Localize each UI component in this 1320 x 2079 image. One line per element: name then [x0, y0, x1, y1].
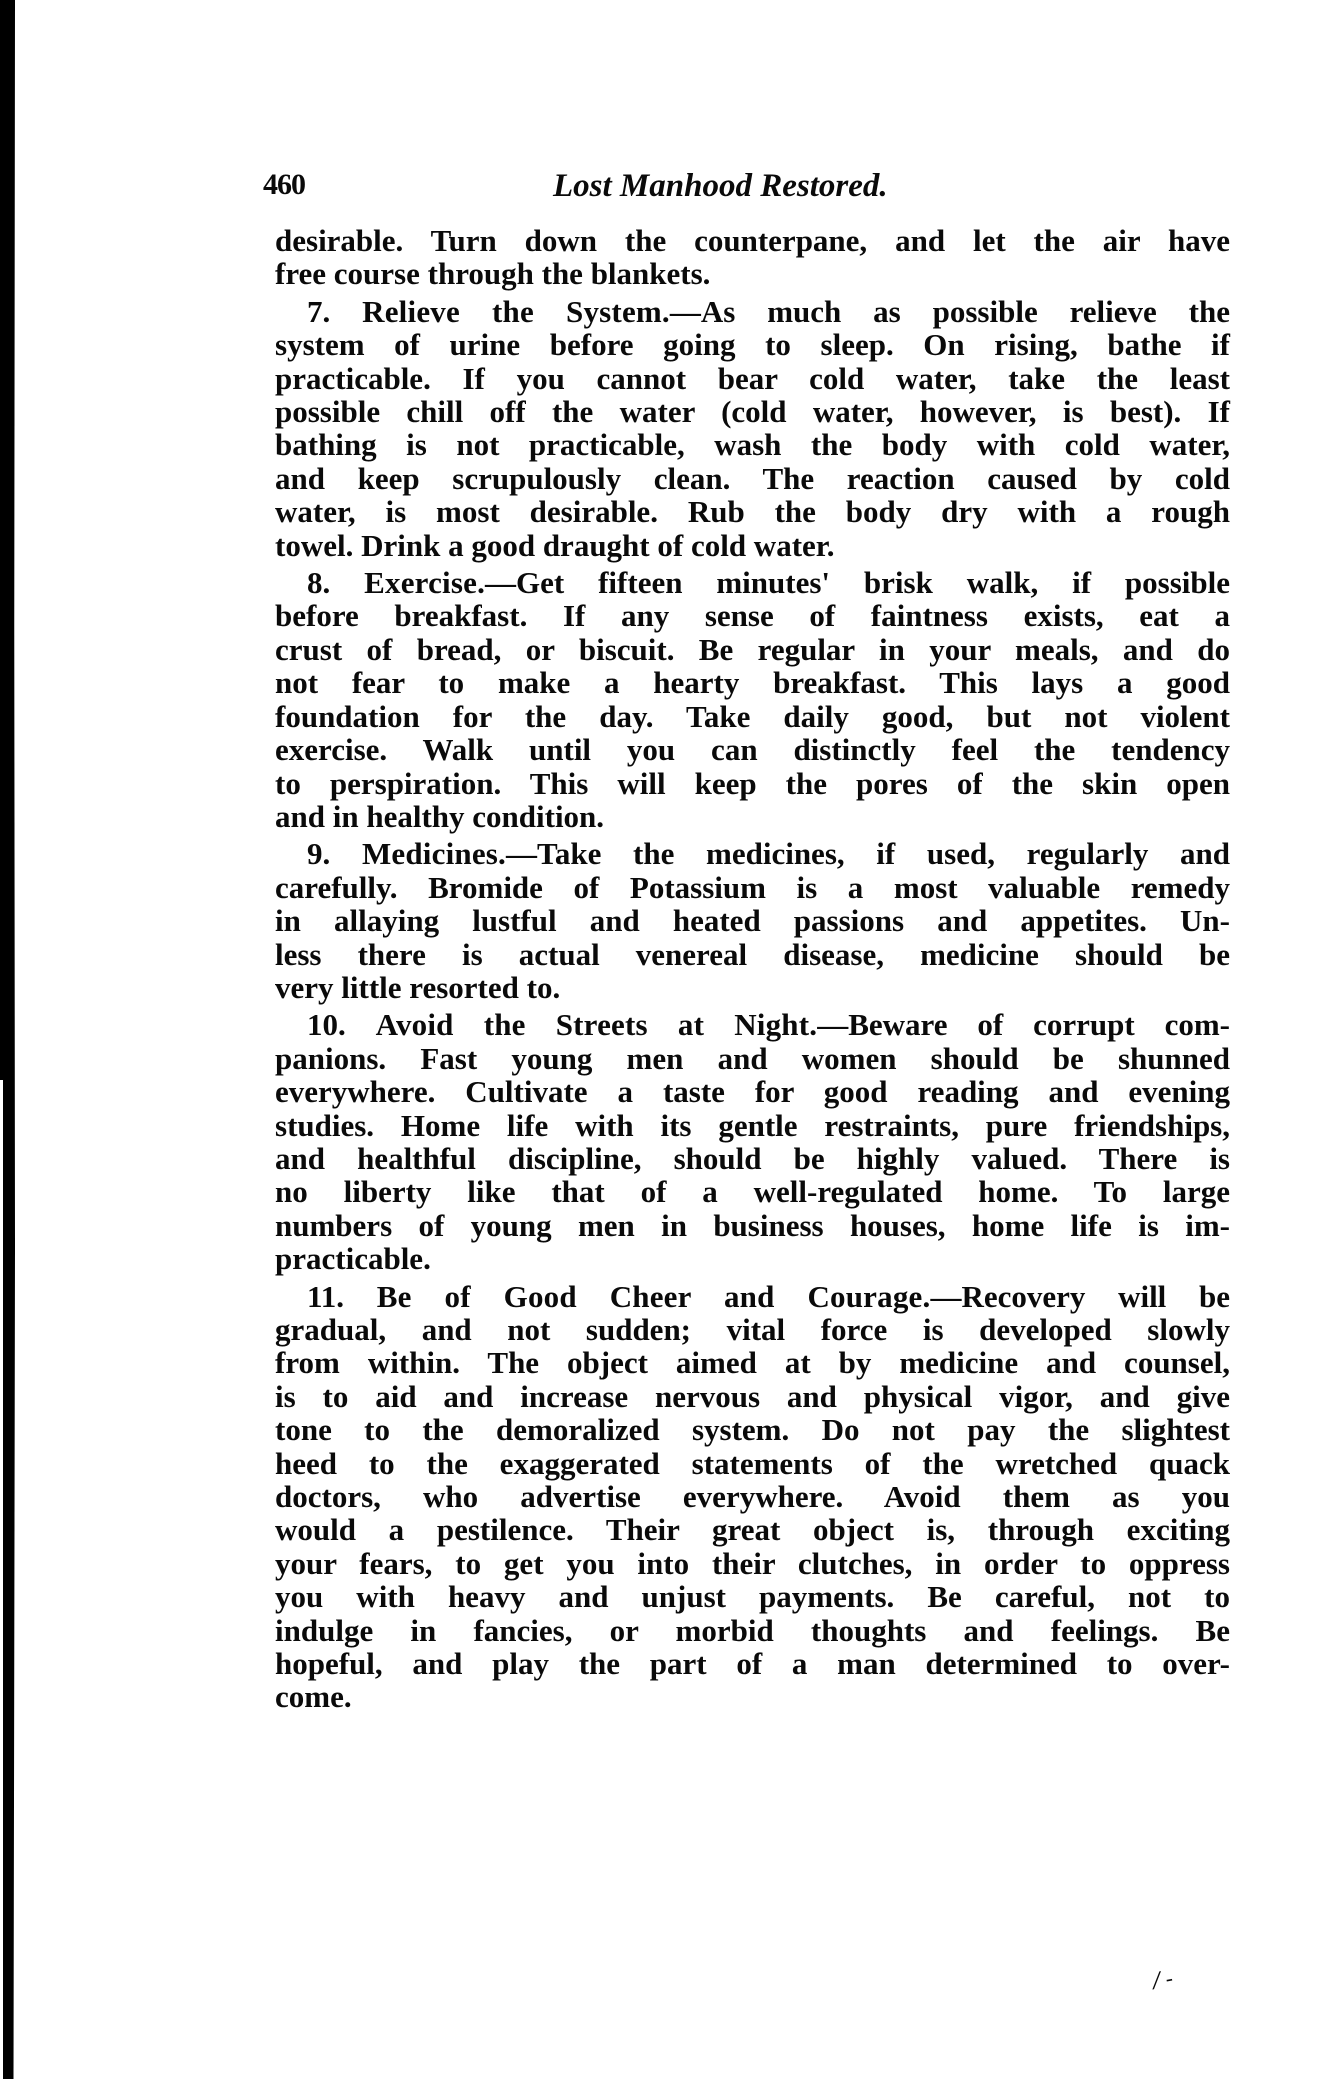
text-line: in allaying lustful and heated passions …: [275, 904, 1230, 937]
text-line: no liberty like that of a well-regulated…: [275, 1175, 1230, 1208]
text-line: desirable. Turn down the counterpane, an…: [275, 224, 1230, 257]
text-line: towel. Drink a good draught of cold wate…: [275, 529, 1230, 562]
section-heading: Relieve the System.: [362, 294, 670, 329]
text-line: and keep scrupulously clean. The reactio…: [275, 462, 1230, 495]
text-line: less there is actual venereal disease, m…: [275, 938, 1230, 971]
text-line: tone to the demoralized system. Do not p…: [275, 1413, 1230, 1446]
line-text: —As much as possible relieve the: [670, 294, 1230, 329]
page-number: 460: [263, 168, 305, 202]
text-line: before breakfast. If any sense of faintn…: [275, 599, 1230, 632]
line-text: —Beware of corrupt com-: [817, 1007, 1230, 1042]
text-line: to perspiration. This will keep the pore…: [275, 767, 1230, 800]
book-page: 460 Lost Manhood Restored. desirable. Tu…: [275, 168, 1230, 1718]
text-line: everywhere. Cultivate a taste for good r…: [275, 1075, 1230, 1108]
scan-edge-gap: [0, 1080, 3, 2079]
text-line: not fear to make a hearty breakfast. Thi…: [275, 666, 1230, 699]
text-line: foundation for the day. Take daily good,…: [275, 700, 1230, 733]
section-heading: Medicines.: [362, 836, 506, 871]
section-number: 7.: [307, 294, 330, 329]
body-text: desirable. Turn down the counterpane, an…: [275, 224, 1230, 1714]
paragraph: 11. Be of Good Cheer and Courage.—Recove…: [275, 1280, 1230, 1714]
text-line: water, is most desirable. Rub the body d…: [275, 495, 1230, 528]
text-line: free course through the blankets.: [275, 257, 1230, 290]
running-head: 460 Lost Manhood Restored.: [275, 168, 1230, 214]
line-text: —Get fifteen minutes' brisk walk, if pos…: [485, 565, 1230, 600]
text-line: carefully. Bromide of Potassium is a mos…: [275, 871, 1230, 904]
line-text: —Take the medicines, if used, regularly …: [506, 836, 1230, 871]
text-line: you with heavy and unjust payments. Be c…: [275, 1580, 1230, 1613]
text-line: 8. Exercise.—Get fifteen minutes' brisk …: [275, 566, 1230, 599]
text-line: come.: [275, 1680, 1230, 1713]
section-number: 9.: [307, 836, 330, 871]
section-number: 11.: [307, 1279, 344, 1314]
text-line: indulge in fancies, or morbid thoughts a…: [275, 1614, 1230, 1647]
paragraph: 9. Medicines.—Take the medicines, if use…: [275, 837, 1230, 1004]
text-line: practicable. If you cannot bear cold wat…: [275, 362, 1230, 395]
text-line: and healthful discipline, should be high…: [275, 1142, 1230, 1175]
paragraph: 8. Exercise.—Get fifteen minutes' brisk …: [275, 566, 1230, 833]
text-line: 10. Avoid the Streets at Night.—Beware o…: [275, 1008, 1230, 1041]
stray-pen-mark: ⁄ -: [1153, 1967, 1175, 1995]
text-line: is to aid and increase nervous and physi…: [275, 1380, 1230, 1413]
text-line: would a pestilence. Their great object i…: [275, 1513, 1230, 1546]
paragraph: desirable. Turn down the counterpane, an…: [275, 224, 1230, 291]
text-line: studies. Home life with its gentle restr…: [275, 1109, 1230, 1142]
text-line: your fears, to get you into their clutch…: [275, 1547, 1230, 1580]
section-heading: Be of Good Cheer and Courage.: [377, 1279, 931, 1314]
text-line: numbers of young men in business houses,…: [275, 1209, 1230, 1242]
text-line: hopeful, and play the part of a man dete…: [275, 1647, 1230, 1680]
text-line: gradual, and not sudden; vital force is …: [275, 1313, 1230, 1346]
section-heading: Avoid the Streets at Night.: [376, 1007, 818, 1042]
text-line: 7. Relieve the System.—As much as possib…: [275, 295, 1230, 328]
paragraph: 10. Avoid the Streets at Night.—Beware o…: [275, 1008, 1230, 1275]
text-line: doctors, who advertise everywhere. Avoid…: [275, 1480, 1230, 1513]
text-line: from within. The object aimed at by medi…: [275, 1346, 1230, 1379]
text-line: bathing is not practicable, wash the bod…: [275, 428, 1230, 461]
line-text: —Recovery will be: [930, 1279, 1230, 1314]
section-heading: Exercise.: [364, 565, 485, 600]
text-line: crust of bread, or biscuit. Be regular i…: [275, 633, 1230, 666]
text-line: possible chill off the water (cold water…: [275, 395, 1230, 428]
text-line: exercise. Walk until you can distinctly …: [275, 733, 1230, 766]
text-line: very little resorted to.: [275, 971, 1230, 1004]
text-line: practicable.: [275, 1242, 1230, 1275]
text-line: system of urine before going to sleep. O…: [275, 328, 1230, 361]
text-line: and in healthy condition.: [275, 800, 1230, 833]
section-number: 10.: [307, 1007, 346, 1042]
text-line: heed to the exaggerated statements of th…: [275, 1447, 1230, 1480]
text-line: 11. Be of Good Cheer and Courage.—Recove…: [275, 1280, 1230, 1313]
section-number: 8.: [307, 565, 330, 600]
text-line: 9. Medicines.—Take the medicines, if use…: [275, 837, 1230, 870]
text-line: panions. Fast young men and women should…: [275, 1042, 1230, 1075]
paragraph: 7. Relieve the System.—As much as possib…: [275, 295, 1230, 562]
running-title: Lost Manhood Restored.: [553, 168, 888, 205]
